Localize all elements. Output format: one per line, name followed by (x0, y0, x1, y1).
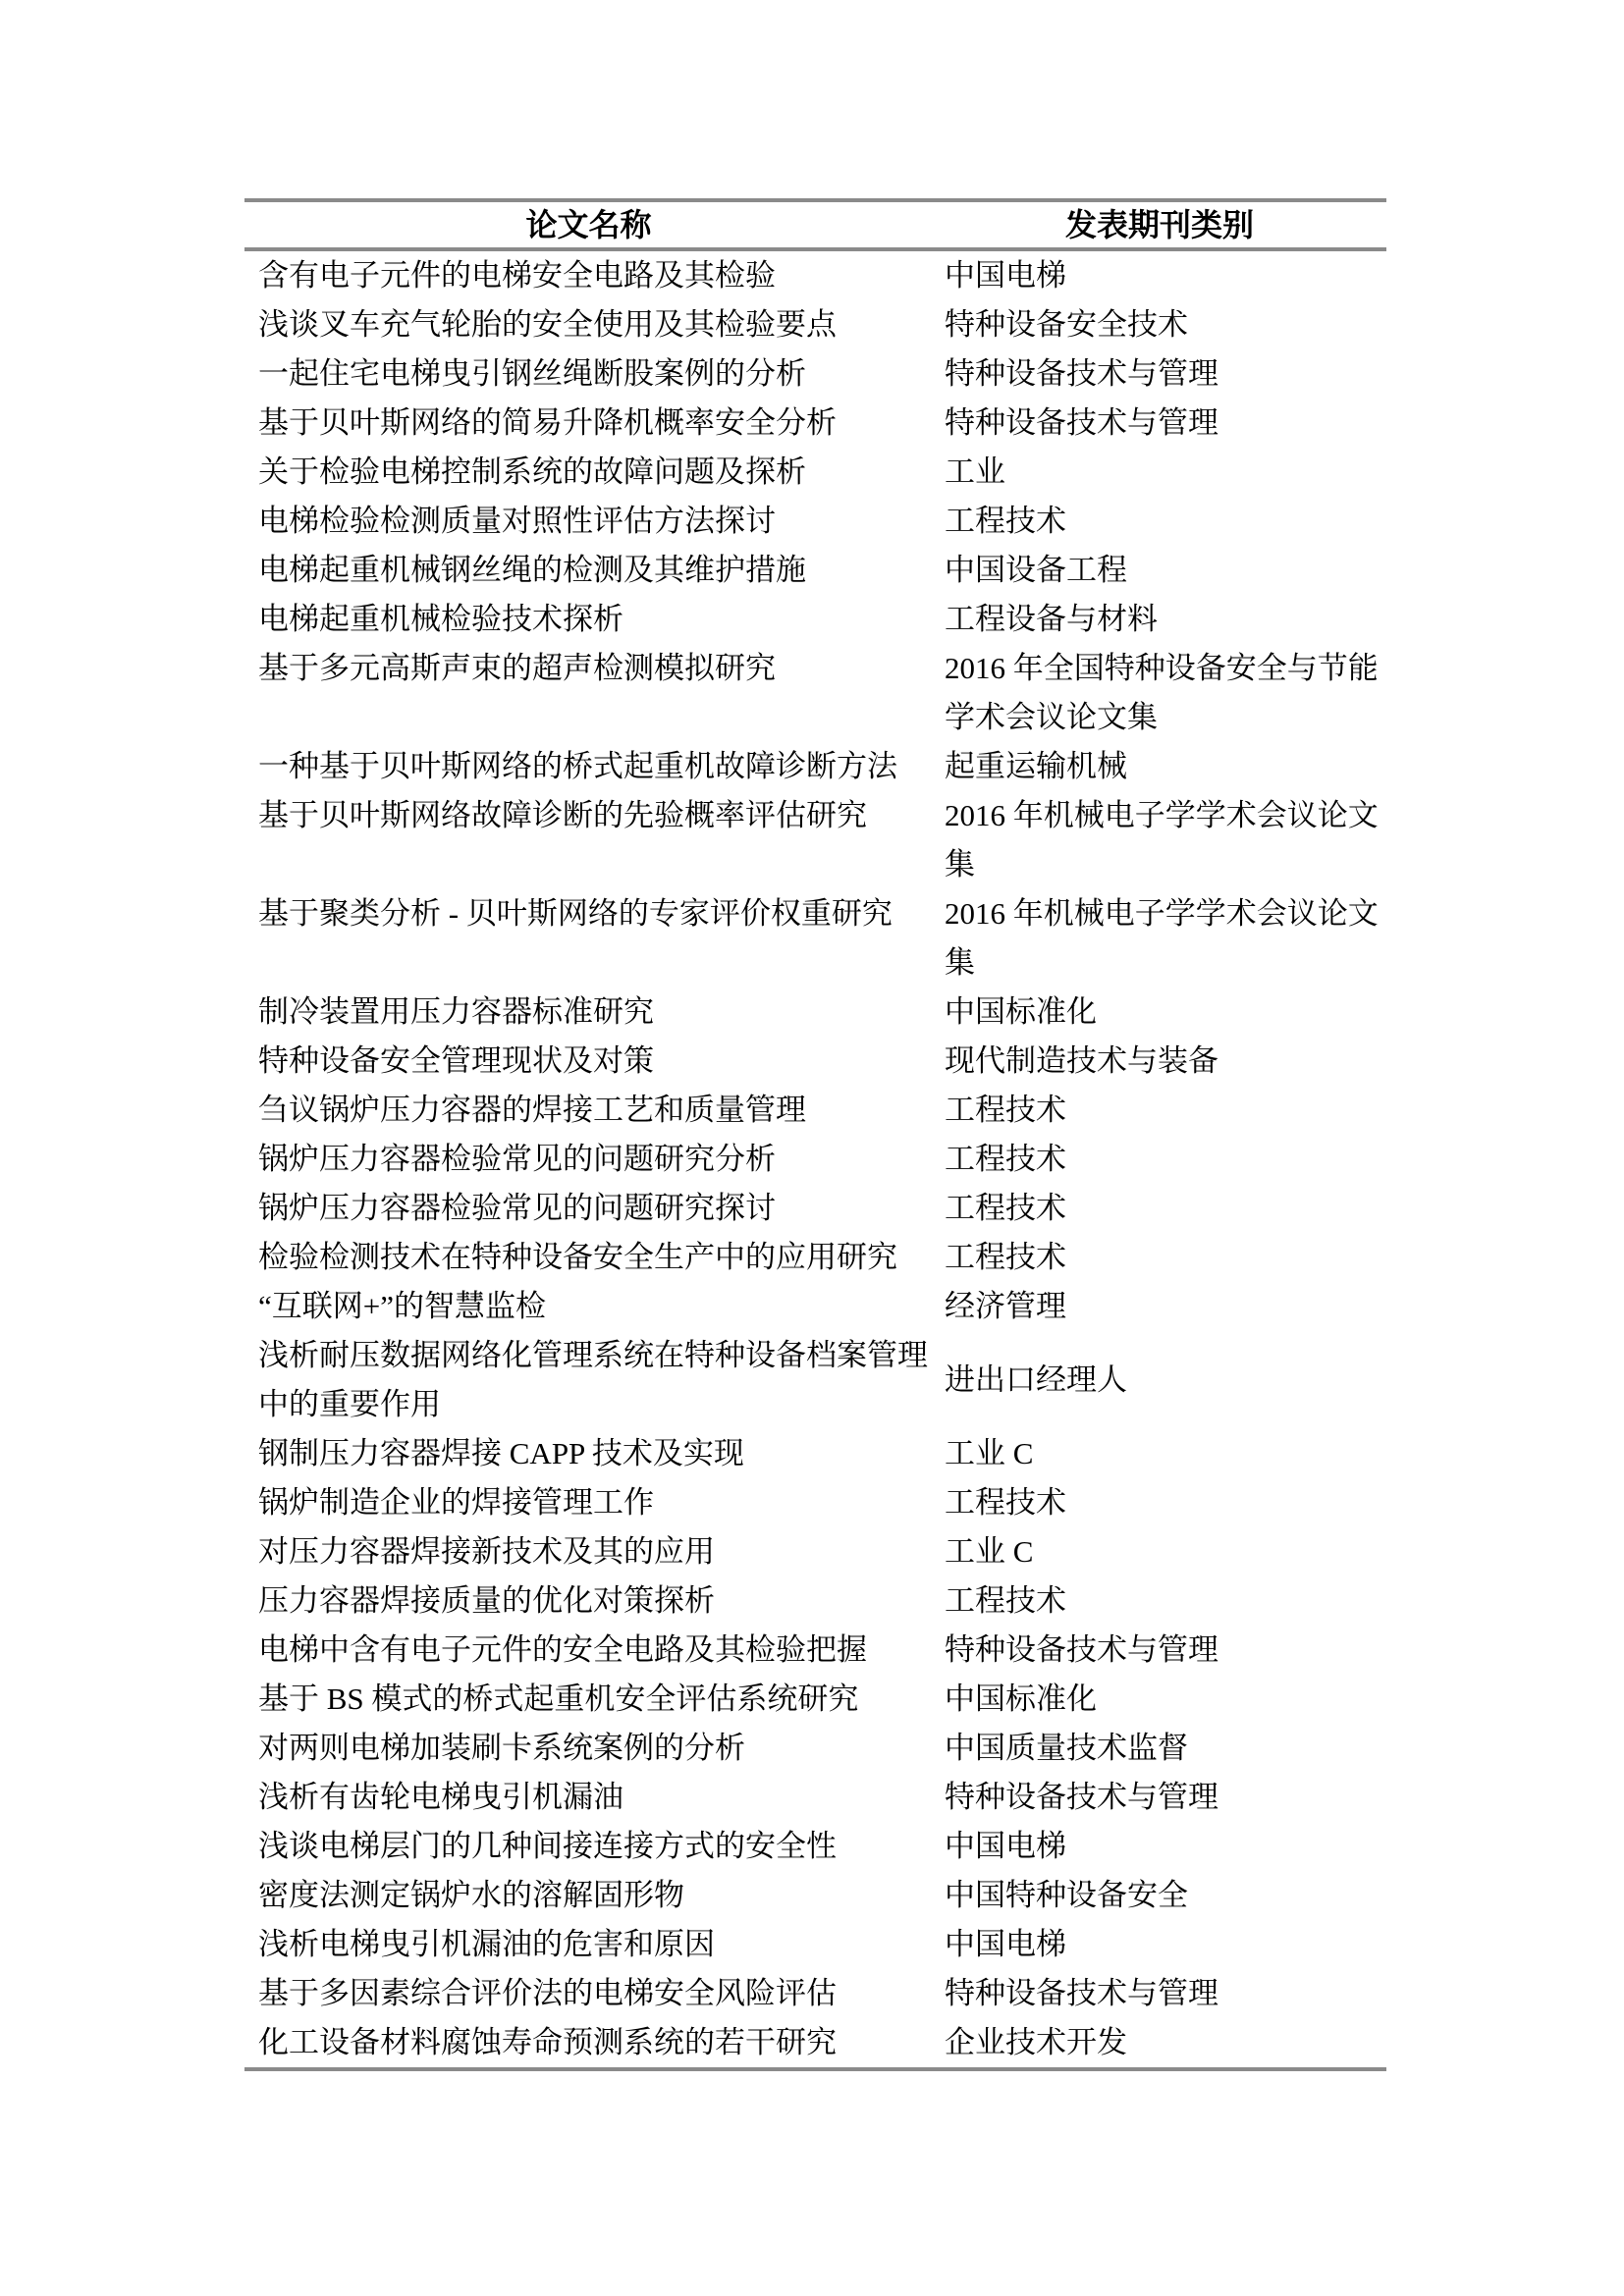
paper-title-cell: 制冷装置用压力容器标准研究 (244, 988, 933, 1037)
cell-text-line: 特种设备安全管理现状及对策 (258, 1037, 933, 1086)
journal-category-cell: 起重运输机械 (933, 742, 1386, 791)
paper-title-cell: 电梯中含有电子元件的安全电路及其检验把握 (244, 1626, 933, 1675)
table-body: 含有电子元件的电梯安全电路及其检验 中国电梯 浅谈叉车充气轮胎的安全使用及其检验… (244, 251, 1386, 2067)
journal-category-cell: 工程技术 (933, 1233, 1386, 1282)
table-row: 电梯检验检测质量对照性评估方法探讨 工程技术 (244, 497, 1386, 546)
cell-text-line: 浅析有齿轮电梯曳引机漏油 (258, 1773, 933, 1822)
table-row: 基于贝叶斯网络的简易升降机概率安全分析 特种设备技术与管理 (244, 399, 1386, 448)
cell-text-line: 起重运输机械 (945, 742, 1386, 791)
cell-text-line: 浅析耐压数据网络化管理系统在特种设备档案管理 (258, 1331, 933, 1380)
table-row: 基于聚类分析 - 贝叶斯网络的专家评价权重研究 2016 年机械电子学学术会议论… (244, 889, 1386, 988)
cell-text-line: 基于聚类分析 - 贝叶斯网络的专家评价权重研究 (258, 889, 933, 938)
journal-category-cell: 工程设备与材料 (933, 595, 1386, 644)
table-row: 检验检测技术在特种设备安全生产中的应用研究 工程技术 (244, 1233, 1386, 1282)
table-row: 浅析耐压数据网络化管理系统在特种设备档案管理中的重要作用 进出口经理人 (244, 1331, 1386, 1429)
paper-title-cell: 对两则电梯加装刷卡系统案例的分析 (244, 1724, 933, 1773)
cell-text-line: 中国电梯 (945, 1920, 1386, 1969)
paper-title-cell: 对压力容器焊接新技术及其的应用 (244, 1527, 933, 1576)
journal-category-cell: 2016 年全国特种设备安全与节能学术会议论文集 (933, 644, 1386, 742)
paper-title-cell: 浅析电梯曳引机漏油的危害和原因 (244, 1920, 933, 1969)
cell-text-line: 工业 C (945, 1429, 1386, 1478)
cell-text-line: 基于多元高斯声束的超声检测模拟研究 (258, 644, 933, 693)
paper-title-cell: 浅谈电梯层门的几种间接连接方式的安全性 (244, 1822, 933, 1871)
cell-text-line: 中国标准化 (945, 1675, 1386, 1724)
cell-text-line: 对两则电梯加装刷卡系统案例的分析 (258, 1724, 933, 1773)
journal-category-cell: 2016 年机械电子学学术会议论文集 (933, 791, 1386, 889)
journal-category-cell: 特种设备技术与管理 (933, 1773, 1386, 1822)
paper-title-cell: 压力容器焊接质量的优化对策探析 (244, 1576, 933, 1626)
table-row: 一起住宅电梯曳引钢丝绳断股案例的分析 特种设备技术与管理 (244, 349, 1386, 399)
journal-category-cell: 工程技术 (933, 1576, 1386, 1626)
cell-text-line: 现代制造技术与装备 (945, 1037, 1386, 1086)
journal-category-cell: 中国标准化 (933, 1675, 1386, 1724)
cell-text-line: 特种设备技术与管理 (945, 1773, 1386, 1822)
paper-title-cell: 锅炉压力容器检验常见的问题研究探讨 (244, 1184, 933, 1233)
table-row: 制冷装置用压力容器标准研究 中国标准化 (244, 988, 1386, 1037)
cell-text-line: 工业 C (945, 1527, 1386, 1576)
cell-text-line: 特种设备技术与管理 (945, 1626, 1386, 1675)
paper-title-cell: 特种设备安全管理现状及对策 (244, 1037, 933, 1086)
journal-category-cell: 特种设备技术与管理 (933, 1969, 1386, 2018)
table-row: 基于 BS 模式的桥式起重机安全评估系统研究 中国标准化 (244, 1675, 1386, 1724)
journal-category-cell: 工业 C (933, 1527, 1386, 1576)
papers-table: 论文名称 发表期刊类别 含有电子元件的电梯安全电路及其检验 中国电梯 浅谈叉车充… (244, 198, 1386, 2071)
journal-category-cell: 中国电梯 (933, 1822, 1386, 1871)
cell-text-line: 含有电子元件的电梯安全电路及其检验 (258, 251, 933, 300)
cell-text-line: 集 (945, 938, 1386, 988)
paper-title-cell: 浅析耐压数据网络化管理系统在特种设备档案管理中的重要作用 (244, 1331, 933, 1429)
table-row: 对两则电梯加装刷卡系统案例的分析 中国质量技术监督 (244, 1724, 1386, 1773)
cell-text-line: 密度法测定锅炉水的溶解固形物 (258, 1871, 933, 1920)
table-row: 浅析有齿轮电梯曳引机漏油 特种设备技术与管理 (244, 1773, 1386, 1822)
table-header-row: 论文名称 发表期刊类别 (244, 202, 1386, 251)
table-row: 基于贝叶斯网络故障诊断的先验概率评估研究 2016 年机械电子学学术会议论文集 (244, 791, 1386, 889)
cell-text-line: 浅谈电梯层门的几种间接连接方式的安全性 (258, 1822, 933, 1871)
cell-text-line: 工业 (945, 448, 1386, 497)
paper-title-cell: 锅炉制造企业的焊接管理工作 (244, 1478, 933, 1527)
cell-text-line: 工程技术 (945, 497, 1386, 546)
cell-text-line: 特种设备技术与管理 (945, 399, 1386, 448)
journal-category-cell: 进出口经理人 (933, 1356, 1386, 1405)
paper-title-cell: 电梯起重机械检验技术探析 (244, 595, 933, 644)
table-row: 锅炉压力容器检验常见的问题研究分析 工程技术 (244, 1135, 1386, 1184)
cell-text-line: 化工设备材料腐蚀寿命预测系统的若干研究 (258, 2018, 933, 2067)
cell-text-line: 2016 年全国特种设备安全与节能 (945, 644, 1386, 693)
cell-text-line: 电梯起重机械检验技术探析 (258, 595, 933, 644)
table-row: 锅炉压力容器检验常见的问题研究探讨 工程技术 (244, 1184, 1386, 1233)
cell-text-line: 基于 BS 模式的桥式起重机安全评估系统研究 (258, 1675, 933, 1724)
cell-text-line: 锅炉制造企业的焊接管理工作 (258, 1478, 933, 1527)
paper-title-cell: 浅谈叉车充气轮胎的安全使用及其检验要点 (244, 300, 933, 349)
cell-text-line: 锅炉压力容器检验常见的问题研究分析 (258, 1135, 933, 1184)
paper-title-cell: 一种基于贝叶斯网络的桥式起重机故障诊断方法 (244, 742, 933, 791)
cell-text-line: 锅炉压力容器检验常见的问题研究探讨 (258, 1184, 933, 1233)
cell-text-line: 一起住宅电梯曳引钢丝绳断股案例的分析 (258, 349, 933, 399)
journal-category-cell: 特种设备安全技术 (933, 300, 1386, 349)
cell-text-line: 电梯检验检测质量对照性评估方法探讨 (258, 497, 933, 546)
journal-category-cell: 中国标准化 (933, 988, 1386, 1037)
journal-category-cell: 特种设备技术与管理 (933, 399, 1386, 448)
cell-text-line: 工程技术 (945, 1478, 1386, 1527)
journal-category-cell: 中国电梯 (933, 1920, 1386, 1969)
journal-category-cell: 中国质量技术监督 (933, 1724, 1386, 1773)
paper-title-cell: 基于贝叶斯网络的简易升降机概率安全分析 (244, 399, 933, 448)
table-row: 特种设备安全管理现状及对策 现代制造技术与装备 (244, 1037, 1386, 1086)
cell-text-line: 工程技术 (945, 1135, 1386, 1184)
table-row: 电梯起重机械检验技术探析 工程设备与材料 (244, 595, 1386, 644)
table-row: 一种基于贝叶斯网络的桥式起重机故障诊断方法 起重运输机械 (244, 742, 1386, 791)
table-row: 关于检验电梯控制系统的故障问题及探析 工业 (244, 448, 1386, 497)
paper-title-cell: “互联网+”的智慧监检 (244, 1282, 933, 1331)
cell-text-line: 中国质量技术监督 (945, 1724, 1386, 1773)
paper-title-cell: 密度法测定锅炉水的溶解固形物 (244, 1871, 933, 1920)
cell-text-line: 特种设备技术与管理 (945, 1969, 1386, 2018)
cell-text-line: 集 (945, 840, 1386, 889)
cell-text-line: 浅析电梯曳引机漏油的危害和原因 (258, 1920, 933, 1969)
paper-title-cell: 电梯检验检测质量对照性评估方法探讨 (244, 497, 933, 546)
cell-text-line: 基于多因素综合评价法的电梯安全风险评估 (258, 1969, 933, 2018)
cell-text-line: 2016 年机械电子学学术会议论文 (945, 889, 1386, 938)
cell-text-line: 工程技术 (945, 1233, 1386, 1282)
cell-text-line: 制冷装置用压力容器标准研究 (258, 988, 933, 1037)
table-row: 对压力容器焊接新技术及其的应用 工业 C (244, 1527, 1386, 1576)
cell-text-line: 中国设备工程 (945, 546, 1386, 595)
journal-category-cell: 中国设备工程 (933, 546, 1386, 595)
cell-text-line: 特种设备技术与管理 (945, 349, 1386, 399)
col-header-journal-category: 发表期刊类别 (933, 202, 1386, 247)
journal-category-cell: 特种设备技术与管理 (933, 1626, 1386, 1675)
table-row: 刍议锅炉压力容器的焊接工艺和质量管理 工程技术 (244, 1086, 1386, 1135)
paper-title-cell: 一起住宅电梯曳引钢丝绳断股案例的分析 (244, 349, 933, 399)
cell-text-line: 2016 年机械电子学学术会议论文 (945, 791, 1386, 840)
cell-text-line: 中国电梯 (945, 251, 1386, 300)
cell-text-line: 企业技术开发 (945, 2018, 1386, 2067)
cell-text-line: 电梯中含有电子元件的安全电路及其检验把握 (258, 1626, 933, 1675)
paper-title-cell: 电梯起重机械钢丝绳的检测及其维护措施 (244, 546, 933, 595)
cell-text-line: 中国标准化 (945, 988, 1386, 1037)
cell-text-line: 工程设备与材料 (945, 595, 1386, 644)
paper-title-cell: 刍议锅炉压力容器的焊接工艺和质量管理 (244, 1086, 933, 1135)
journal-category-cell: 中国特种设备安全 (933, 1871, 1386, 1920)
paper-title-cell: 含有电子元件的电梯安全电路及其检验 (244, 251, 933, 300)
cell-text-line: 经济管理 (945, 1282, 1386, 1331)
journal-category-cell: 工程技术 (933, 1478, 1386, 1527)
cell-text-line: 中国电梯 (945, 1822, 1386, 1871)
table-row: 浅谈电梯层门的几种间接连接方式的安全性 中国电梯 (244, 1822, 1386, 1871)
journal-category-cell: 企业技术开发 (933, 2018, 1386, 2067)
journal-category-cell: 2016 年机械电子学学术会议论文集 (933, 889, 1386, 988)
table-row: 钢制压力容器焊接 CAPP 技术及实现 工业 C (244, 1429, 1386, 1478)
paper-title-cell: 浅析有齿轮电梯曳引机漏油 (244, 1773, 933, 1822)
journal-category-cell: 经济管理 (933, 1282, 1386, 1331)
table-row: 化工设备材料腐蚀寿命预测系统的若干研究 企业技术开发 (244, 2018, 1386, 2067)
cell-text-line: 工程技术 (945, 1184, 1386, 1233)
document-page: 论文名称 发表期刊类别 含有电子元件的电梯安全电路及其检验 中国电梯 浅谈叉车充… (0, 0, 1624, 2296)
paper-title-cell: 基于多因素综合评价法的电梯安全风险评估 (244, 1969, 933, 2018)
table-row: 含有电子元件的电梯安全电路及其检验 中国电梯 (244, 251, 1386, 300)
cell-text-line: 中的重要作用 (258, 1380, 933, 1429)
table-row: 电梯中含有电子元件的安全电路及其检验把握 特种设备技术与管理 (244, 1626, 1386, 1675)
table-row: “互联网+”的智慧监检 经济管理 (244, 1282, 1386, 1331)
journal-category-cell: 工程技术 (933, 1135, 1386, 1184)
cell-text-line: 压力容器焊接质量的优化对策探析 (258, 1576, 933, 1626)
paper-title-cell: 检验检测技术在特种设备安全生产中的应用研究 (244, 1233, 933, 1282)
cell-text-line: 中国特种设备安全 (945, 1871, 1386, 1920)
cell-text-line: 学术会议论文集 (945, 693, 1386, 742)
cell-text-line: 进出口经理人 (945, 1356, 1386, 1405)
journal-category-cell: 工程技术 (933, 1086, 1386, 1135)
table-row: 基于多元高斯声束的超声检测模拟研究 2016 年全国特种设备安全与节能学术会议论… (244, 644, 1386, 742)
cell-text-line: 钢制压力容器焊接 CAPP 技术及实现 (258, 1429, 933, 1478)
cell-text-line: 特种设备安全技术 (945, 300, 1386, 349)
cell-text-line: 工程技术 (945, 1086, 1386, 1135)
journal-category-cell: 特种设备技术与管理 (933, 349, 1386, 399)
cell-text-line: 刍议锅炉压力容器的焊接工艺和质量管理 (258, 1086, 933, 1135)
cell-text-line: 一种基于贝叶斯网络的桥式起重机故障诊断方法 (258, 742, 933, 791)
table-row: 密度法测定锅炉水的溶解固形物 中国特种设备安全 (244, 1871, 1386, 1920)
journal-category-cell: 现代制造技术与装备 (933, 1037, 1386, 1086)
cell-text-line: 对压力容器焊接新技术及其的应用 (258, 1527, 933, 1576)
paper-title-cell: 基于聚类分析 - 贝叶斯网络的专家评价权重研究 (244, 889, 933, 938)
cell-text-line: 检验检测技术在特种设备安全生产中的应用研究 (258, 1233, 933, 1282)
paper-title-cell: 关于检验电梯控制系统的故障问题及探析 (244, 448, 933, 497)
cell-text-line: 工程技术 (945, 1576, 1386, 1626)
cell-text-line: 基于贝叶斯网络的简易升降机概率安全分析 (258, 399, 933, 448)
col-header-paper-title: 论文名称 (244, 202, 933, 247)
table-row: 锅炉制造企业的焊接管理工作 工程技术 (244, 1478, 1386, 1527)
table-row: 电梯起重机械钢丝绳的检测及其维护措施 中国设备工程 (244, 546, 1386, 595)
journal-category-cell: 工业 (933, 448, 1386, 497)
cell-text-line: 浅谈叉车充气轮胎的安全使用及其检验要点 (258, 300, 933, 349)
table-row: 浅谈叉车充气轮胎的安全使用及其检验要点 特种设备安全技术 (244, 300, 1386, 349)
cell-text-line: 电梯起重机械钢丝绳的检测及其维护措施 (258, 546, 933, 595)
paper-title-cell: 化工设备材料腐蚀寿命预测系统的若干研究 (244, 2018, 933, 2067)
journal-category-cell: 工业 C (933, 1429, 1386, 1478)
paper-title-cell: 基于贝叶斯网络故障诊断的先验概率评估研究 (244, 791, 933, 840)
journal-category-cell: 中国电梯 (933, 251, 1386, 300)
cell-text-line: 关于检验电梯控制系统的故障问题及探析 (258, 448, 933, 497)
cell-text-line: 基于贝叶斯网络故障诊断的先验概率评估研究 (258, 791, 933, 840)
paper-title-cell: 钢制压力容器焊接 CAPP 技术及实现 (244, 1429, 933, 1478)
paper-title-cell: 基于多元高斯声束的超声检测模拟研究 (244, 644, 933, 693)
journal-category-cell: 工程技术 (933, 1184, 1386, 1233)
table-row: 压力容器焊接质量的优化对策探析 工程技术 (244, 1576, 1386, 1626)
table-row: 浅析电梯曳引机漏油的危害和原因 中国电梯 (244, 1920, 1386, 1969)
cell-text-line: “互联网+”的智慧监检 (258, 1282, 933, 1331)
paper-title-cell: 基于 BS 模式的桥式起重机安全评估系统研究 (244, 1675, 933, 1724)
journal-category-cell: 工程技术 (933, 497, 1386, 546)
table-row: 基于多因素综合评价法的电梯安全风险评估 特种设备技术与管理 (244, 1969, 1386, 2018)
paper-title-cell: 锅炉压力容器检验常见的问题研究分析 (244, 1135, 933, 1184)
